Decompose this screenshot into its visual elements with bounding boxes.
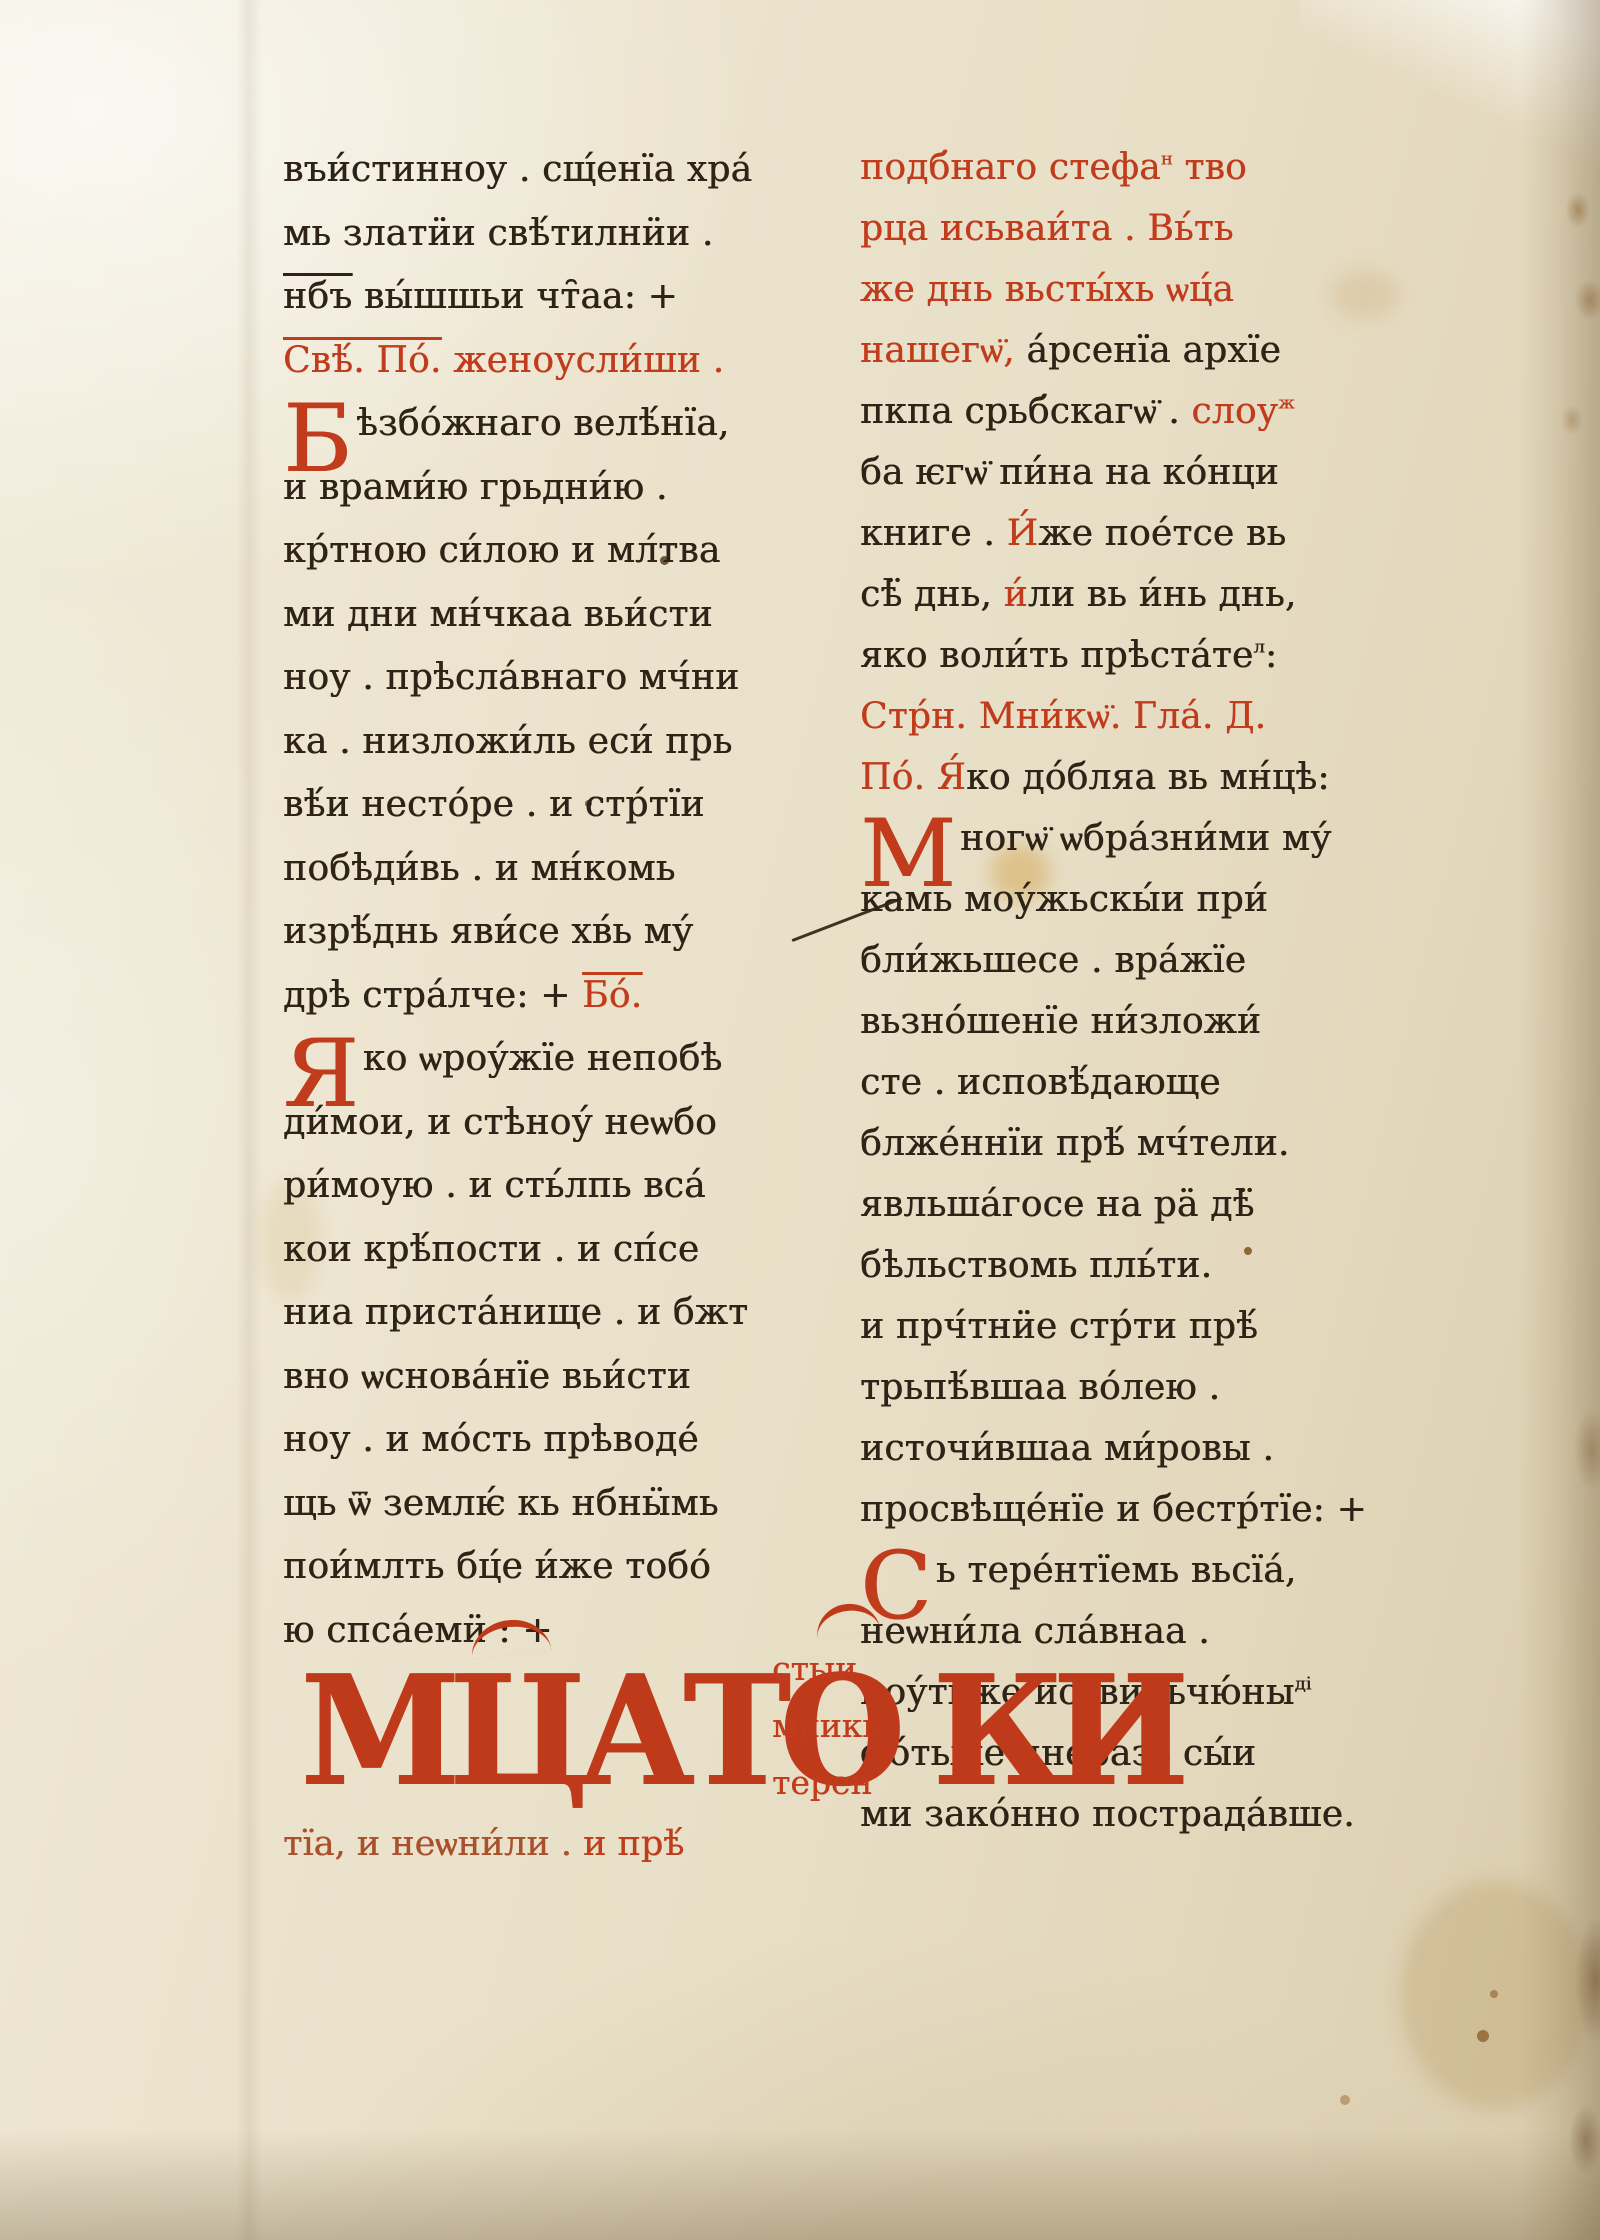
- text-line: вно ѡснова́нїе вьи́сти: [283, 1359, 691, 1395]
- ink-dot: [1477, 2030, 1489, 2042]
- text-segment: И́: [1007, 513, 1039, 554]
- text-segment: трьпѣ́вшаа во́лею .: [860, 1367, 1220, 1408]
- text-line: ка . низложи́ль еси́ прь: [283, 724, 732, 760]
- text-line: мь златӥи свѣ́тилнӥи .: [283, 216, 713, 252]
- text-line: подб́наго стефан тво: [860, 150, 1247, 186]
- text-line: книге . И́же пое́тсе вь: [860, 516, 1286, 552]
- text-segment: подб́наго стефа: [860, 147, 1161, 188]
- text-segment: ми дни мн́чкаа вьи́сти: [283, 594, 713, 635]
- text-line: же днь вьсты́хь ѡц́а: [860, 272, 1234, 308]
- text-segment: ниа приста́нище . и бжт: [283, 1292, 748, 1333]
- vyaz-side-word: терен: [772, 1766, 880, 1823]
- text-line: Свѣ́. По́. женоусли́ши .: [283, 343, 724, 379]
- text-segment: нбъ: [283, 276, 352, 317]
- text-line: въи́стинноу . сщ́енїа хра́: [283, 152, 752, 188]
- vyaz-side-words: стыимникьтерен: [772, 1652, 880, 1823]
- text-segment: мь златӥи свѣ́тилнӥи .: [283, 213, 713, 254]
- text-line: изрѣ́днь яви́се хв́ь му́: [283, 914, 693, 950]
- text-segment: вы́шшьи чт̑аа: +: [352, 276, 678, 317]
- text-segment: ноу . и мо́сть прѣводе́: [283, 1419, 699, 1460]
- text-line: нбъ вы́шшьи чт̑аа: +: [283, 279, 678, 315]
- text-segment: въи́стинноу . сщ́енїа хра́: [283, 149, 752, 190]
- text-segment: и врами́ю грьдни́ю .: [283, 467, 667, 508]
- text-line: Яко ѡроу́жїе непобѣ: [283, 1041, 722, 1077]
- text-line: щь ѿ землѥ́ кь нбнӹмь: [283, 1486, 719, 1522]
- text-segment: и прч́тнӥе стр́ти прѣ́: [860, 1306, 1258, 1347]
- text-segment: блже́ннїи прѣ́ мч́тели.: [860, 1123, 1289, 1164]
- text-line: сте . исповѣ́дающе: [860, 1065, 1221, 1101]
- text-segment: тво: [1173, 147, 1247, 188]
- text-segment: и прѣ́: [572, 1824, 684, 1864]
- text-segment: кои крѣ́пости . и сп́се: [283, 1229, 699, 1270]
- text-line: просвѣще́нїе и бестр́тїе: +: [860, 1492, 1367, 1528]
- text-segment: ри́моую . и сть́лпь вса́: [283, 1165, 706, 1206]
- text-segment: По́. Я́: [860, 757, 966, 798]
- text-line: сѣ̈ днь, и́ли вь и́нь днь,: [860, 577, 1296, 613]
- text-segment: Свѣ́. По́.: [283, 340, 442, 381]
- text-line: трьпѣ́вшаа во́лею .: [860, 1370, 1220, 1406]
- text-line: ми дни мн́чкаа вьи́сти: [283, 597, 713, 633]
- text-segment: женоусли́ши .: [442, 340, 725, 381]
- text-segment: ба ѥгѡ̈ пи́на на ко́нци: [860, 452, 1279, 493]
- text-line: бли́жьшесе . вра́жїе: [860, 943, 1246, 979]
- text-line: Стр́н. Мни́кѡ̈. Гла́. Д.: [860, 699, 1266, 735]
- text-segment: ко до́бляа вь мн́цѣ:: [966, 757, 1330, 798]
- text-line: вѣ́и несто́ре . и стр́тїи: [283, 787, 705, 823]
- text-segment: вьзно́шенїе ни́зложи́: [860, 1001, 1261, 1042]
- text-segment: сѣ̈ днь,: [860, 574, 1004, 615]
- page-edge-right: [1520, 0, 1600, 2240]
- text-segment: ь тере́нтїемь вьсїа́,: [936, 1550, 1297, 1591]
- text-segment: кр́тною си́лою и мл́тва: [283, 530, 720, 571]
- text-line: Многѡ̈ ѡбра́зни́ми му́: [860, 821, 1331, 857]
- text-line: По́. Я́ко до́бляа вь мн́цѣ:: [860, 760, 1330, 796]
- manuscript-photo: въи́стинноу . сщ́енїа хра́мь златӥи свѣ́…: [0, 0, 1600, 2240]
- text-segment: тїа, и неѡни́ли .: [283, 1824, 572, 1864]
- text-segment: ноу . прѣсла́внаго мч́ни: [283, 657, 739, 698]
- text-segment: пои́млть бц́е и́же тобо́: [283, 1546, 711, 1587]
- text-segment: книге .: [860, 513, 1007, 554]
- text-segment: ногѡ̈ ѡбра́зни́ми му́: [960, 818, 1331, 859]
- text-segment: н: [1161, 149, 1173, 170]
- text-line: пкпа срьб́скагѡ̈ . слоуж: [860, 394, 1295, 430]
- text-line: дрѣ стра́лче: + Бо́.: [283, 978, 642, 1014]
- text-segment: нашегѡ̈,: [860, 330, 1015, 371]
- tail-line: тїа, и неѡни́ли . и прѣ́: [283, 1824, 684, 1864]
- text-segment: и́: [1004, 574, 1028, 615]
- text-segment: же пое́тсе вь: [1038, 513, 1286, 554]
- text-line: пои́млть бц́е и́же тобо́: [283, 1549, 711, 1585]
- text-segment: ді: [1294, 1674, 1311, 1695]
- vyaz-side-word: мникь: [772, 1709, 880, 1766]
- left-crease-shadow: [236, 0, 262, 2240]
- text-line: Бѣзбо́жнаго велѣ́нїа,: [283, 406, 729, 442]
- stain: [1330, 270, 1400, 320]
- text-segment: Бо́.: [582, 975, 642, 1016]
- text-line: кр́тною си́лою и мл́тва: [283, 533, 720, 569]
- text-line: Сь тере́нтїемь вьсїа́,: [860, 1553, 1296, 1589]
- text-segment: ѣзбо́жнаго велѣ́нїа,: [356, 403, 729, 444]
- vyaz-heading: МЦАТО КИ: [300, 1655, 1177, 1807]
- text-line: ниа приста́нище . и бжт: [283, 1295, 748, 1331]
- text-segment: л: [1253, 637, 1264, 658]
- text-segment: ка . низложи́ль еси́ прь: [283, 721, 732, 762]
- text-segment: пкпа срьб́скагѡ̈ .: [860, 391, 1180, 432]
- text-line: вьзно́шенїе ни́зложи́: [860, 1004, 1261, 1040]
- text-line: источи́вшаа ми́ровы .: [860, 1431, 1274, 1467]
- ink-dot: [1340, 2095, 1350, 2105]
- text-line: ноу . прѣсла́внаго мч́ни: [283, 660, 739, 696]
- text-line: и врами́ю грьдни́ю .: [283, 470, 667, 506]
- text-segment: изрѣ́днь яви́се хв́ь му́: [283, 911, 693, 952]
- text-segment: просвѣще́нїе и бестр́тїе: +: [860, 1489, 1367, 1530]
- text-line: ноу . и мо́сть прѣводе́: [283, 1422, 699, 1458]
- text-segment: ж: [1278, 393, 1295, 414]
- text-line: ри́моую . и сть́лпь вса́: [283, 1168, 706, 1204]
- text-segment: щь ѿ землѥ́ кь нбнӹмь: [283, 1483, 719, 1524]
- text-segment: явльша́госе на рӓ дѣ̈: [860, 1184, 1254, 1225]
- text-line: бѣльствомь пль́ти.: [860, 1248, 1212, 1284]
- text-line: и прч́тнӥе стр́ти прѣ́: [860, 1309, 1258, 1345]
- text-segment: ко ѡроу́жїе непобѣ: [363, 1038, 722, 1079]
- text-segment: же днь вьсты́хь ѡц́а: [860, 269, 1234, 310]
- text-line: ди́мои, и стѣноу́ неѡбо: [283, 1105, 717, 1141]
- vyaz-side-word: стыи: [772, 1652, 880, 1709]
- text-line: кои крѣ́пости . и сп́се: [283, 1232, 699, 1268]
- text-line: блже́ннїи прѣ́ мч́тели.: [860, 1126, 1289, 1162]
- text-segment: ли вь и́нь днь,: [1028, 574, 1297, 615]
- text-segment: вно ѡснова́нїе вьи́сти: [283, 1356, 691, 1397]
- text-segment: побѣди́вь . и мн́комь: [283, 848, 675, 889]
- page-edge-bottom: [0, 2130, 1600, 2240]
- text-segment: источи́вшаа ми́ровы .: [860, 1428, 1274, 1469]
- text-line: ба ѥгѡ̈ пи́на на ко́нци: [860, 455, 1279, 491]
- text-segment: Стр́н. Мни́кѡ̈. Гла́. Д.: [860, 696, 1266, 737]
- text-segment: слоу: [1180, 391, 1278, 432]
- text-segment: бѣльствомь пль́ти.: [860, 1245, 1212, 1286]
- text-segment: ди́мои, и стѣноу́ неѡбо: [283, 1102, 717, 1143]
- ink-dot: [1244, 1247, 1252, 1255]
- text-line: побѣди́вь . и мн́комь: [283, 851, 675, 887]
- ink-dot: [1490, 1990, 1498, 1998]
- text-segment: :: [1265, 635, 1277, 676]
- text-line: явльша́госе на рӓ дѣ̈: [860, 1187, 1254, 1223]
- text-segment: вѣ́и несто́ре . и стр́тїи: [283, 784, 705, 825]
- text-segment: яко воли́ть прѣста́те: [860, 635, 1253, 676]
- text-line: камь моу́жьскы́и при́: [860, 882, 1268, 918]
- text-line: нашегѡ̈, а́рсенїа архїе: [860, 333, 1281, 369]
- text-segment: камь моу́жьскы́и при́: [860, 879, 1268, 920]
- text-segment: бли́жьшесе . вра́жїе: [860, 940, 1246, 981]
- text-segment: сте . исповѣ́дающе: [860, 1062, 1221, 1103]
- text-line: яко воли́ть прѣста́тел:: [860, 638, 1277, 674]
- text-segment: рца исьваи́та . Вь́ть: [860, 208, 1234, 249]
- text-segment: дрѣ стра́лче: +: [283, 975, 582, 1016]
- text-segment: а́рсенїа архїе: [1015, 330, 1281, 371]
- text-line: рца исьваи́та . Вь́ть: [860, 211, 1234, 247]
